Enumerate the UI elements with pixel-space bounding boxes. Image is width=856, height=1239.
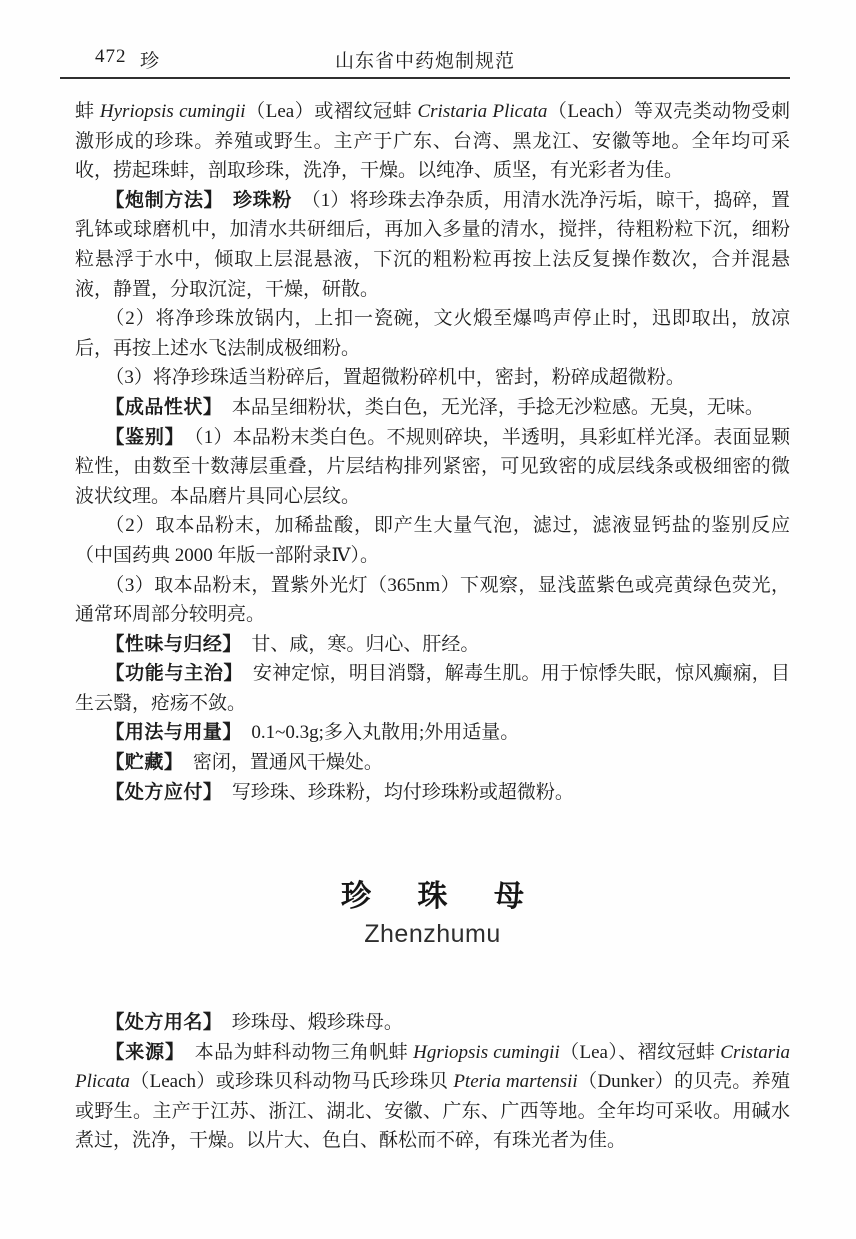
text-run: 甘、咸，寒。归心、肝经。 (232, 634, 479, 655)
text-run: （Lea）或褶纹冠蚌 (246, 101, 418, 122)
para-laiyuan: 【来源】 本品为蚌科动物三角帆蚌 Hgriopsis cumingii（Lea）… (75, 1038, 790, 1156)
text-run: 【贮藏】 (105, 752, 174, 773)
text-run: 0.1~0.3g;多入丸散用;外用适量。 (232, 722, 519, 743)
para-jianbie-2: （2）取本品粉末，加稀盐酸，即产生大量气泡，滤过，滤液显钙盐的鉴别反应（中国药典… (75, 511, 790, 570)
para-chufang-yongming: 【处方用名】 珍珠母、煅珍珠母。 (75, 1008, 790, 1038)
text-run: Pteria martensii (453, 1071, 577, 1092)
para-gongneng-zhuzhi: 【功能与主治】 安神定惊，明目消翳，解毒生肌。用于惊悸失眠，惊风癫痫，目生云翳，… (75, 659, 790, 718)
para-chengpin-xingzhuang: 【成品性状】 本品呈细粉状，类白色，无光泽，手捻无沙粒感。无臭，无味。 (75, 393, 790, 423)
para-paozhi-step3: （3）将净珍珠适当粉碎后，置超微粉碎机中，密封，粉碎成超微粉。 (75, 363, 790, 393)
running-title: 山东省中药炮制规范 (60, 46, 790, 73)
text-run: 【鉴别】 (105, 427, 174, 448)
text-run: （2）将净珍珠放锅内，上扣一瓷碗，文火煅至爆鸣声停止时，迅即取出，放凉后，再按上… (75, 308, 790, 359)
para-continuation: 蚌 Hyriopsis cumingii（Lea）或褶纹冠蚌 Cristaria… (75, 97, 790, 186)
book-page: 472 珍 山东省中药炮制规范 蚌 Hyriopsis cumingii（Lea… (0, 0, 856, 1239)
text-run: 本品为蚌科动物三角帆蚌 (175, 1042, 413, 1063)
text-run: 【来源】 (105, 1042, 175, 1063)
para-jianbie-3: （3）取本品粉末，置紫外光灯（365nm）下观察，显浅蓝紫色或亮黄绿色荧光，通常… (75, 571, 790, 630)
header-rule (60, 77, 790, 79)
text-run: 珍珠粉 (233, 190, 292, 211)
text-run: 【处方应付】 (105, 782, 213, 803)
monograph-zhenzhumu: 【处方用名】 珍珠母、煅珍珠母。 【来源】 本品为蚌科动物三角帆蚌 Hgriop… (75, 1008, 790, 1156)
text-run: 【用法与用量】 (105, 722, 232, 743)
text-run: 本品呈细粉状，类白色，无光泽，手捻无沙粒感。无臭，无味。 (213, 397, 764, 418)
text-run: Cristaria Plicata (417, 101, 547, 122)
para-paozhi-method: 【炮制方法】 珍珠粉 （1）将珍珠去净杂质，用清水洗净污垢，晾干，捣碎，置乳钵或… (75, 186, 790, 304)
text-run: （Lea）、褶纹冠蚌 (560, 1042, 721, 1063)
text-run: 蚌 (75, 101, 100, 122)
text-run: Hgriopsis cumingii (413, 1042, 560, 1063)
page-header: 472 珍 山东省中药炮制规范 (60, 46, 790, 72)
text-run: 【性味与归经】 (105, 634, 232, 655)
drug-pinyin: Zhenzhumu (75, 920, 790, 949)
text-run: 【功能与主治】 (105, 663, 233, 684)
para-paozhi-step2: （2）将净珍珠放锅内，上扣一瓷碗，文火煅至爆鸣声停止时，迅即取出，放凉后，再按上… (75, 304, 790, 363)
text-run: 【处方用名】 (105, 1012, 213, 1033)
text-run: Hyriopsis cumingii (100, 101, 246, 122)
text-run: 【炮制方法】 (105, 190, 213, 211)
text-run: （1）本品粉末类白色。不规则碎块，半透明，具彩虹样光泽。表面显颗粒性，由数至十数… (75, 427, 790, 507)
text-run: 【成品性状】 (105, 397, 213, 418)
text-run: 珍珠母、煅珍珠母。 (213, 1012, 403, 1033)
text-run: （3）取本品粉末，置紫外光灯（365nm）下观察，显浅蓝紫色或亮黄绿色荧光，通常… (75, 575, 790, 626)
text-run: 写珍珠、珍珠粉，均付珍珠粉或超微粉。 (213, 782, 574, 803)
para-zhucang: 【贮藏】 密闭，置通风干燥处。 (75, 748, 790, 778)
monograph-pearl-continued: 蚌 Hyriopsis cumingii（Lea）或褶纹冠蚌 Cristaria… (75, 97, 790, 807)
text-run: （3）将净珍珠适当粉碎后，置超微粉碎机中，密封，粉碎成超微粉。 (105, 367, 685, 388)
text-run: 密闭，置通风干燥处。 (174, 752, 383, 773)
text-run: （2）取本品粉末，加稀盐酸，即产生大量气泡，滤过，滤液显钙盐的鉴别反应（中国药典… (75, 515, 790, 566)
text-run: （Leach）或珍珠贝科动物马氏珍珠贝 (130, 1071, 453, 1092)
drug-title: 珍珠母 (75, 880, 790, 913)
para-xingwei-guijing: 【性味与归经】 甘、咸，寒。归心、肝经。 (75, 630, 790, 660)
para-jianbie-1: 【鉴别】 （1）本品粉末类白色。不规则碎块，半透明，具彩虹样光泽。表面显颗粒性，… (75, 423, 790, 512)
text-run (214, 190, 233, 211)
para-chufang-yingfu: 【处方应付】 写珍珠、珍珠粉，均付珍珠粉或超微粉。 (75, 778, 790, 808)
para-yongfa-yongliang: 【用法与用量】 0.1~0.3g;多入丸散用;外用适量。 (75, 718, 790, 748)
